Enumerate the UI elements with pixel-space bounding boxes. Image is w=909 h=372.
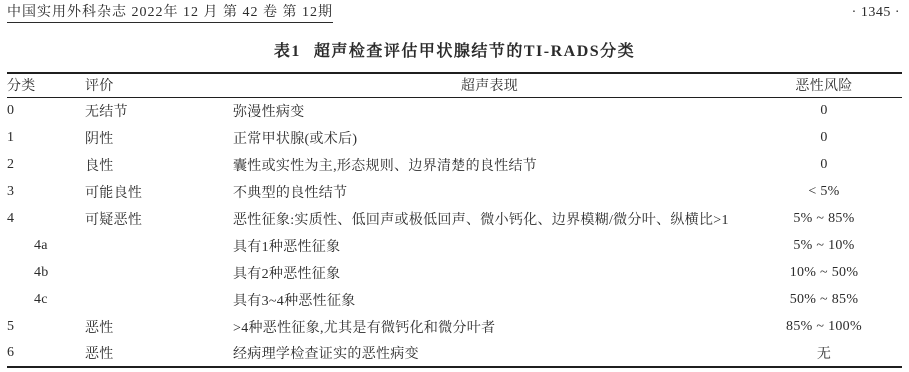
page-header: 中国实用外科杂志 2022年 12 月 第 42 卷 第 12期 · 1345 …	[0, 0, 909, 23]
table-row: 4a 具有1种恶性征象 5% ~ 10%	[7, 232, 902, 259]
tirads-table: 分类 评价 超声表现 恶性风险 0 无结节 弥漫性病变 0 1 阴性 正常甲状腺…	[7, 72, 902, 368]
category-cell: 4a	[7, 232, 85, 259]
ultrasound-cell: 经病理学检查证实的恶性病变	[233, 340, 746, 367]
category-cell: 5	[7, 313, 85, 340]
journal-name: 中国实用外科杂志 2022年 12 月 第 42 卷 第 12期	[7, 4, 333, 23]
ultrasound-cell: 正常甲状腺(或术后)	[233, 124, 746, 151]
evaluation-cell	[85, 259, 233, 286]
table-label: 表1	[274, 43, 301, 60]
evaluation-cell: 良性	[85, 151, 233, 178]
ultrasound-cell: 囊性或实性为主,形态规则、边界清楚的良性结节	[233, 151, 746, 178]
ultrasound-cell: 弥漫性病变	[233, 97, 746, 124]
evaluation-cell: 可能良性	[85, 178, 233, 205]
table-row: 1 阴性 正常甲状腺(或术后) 0	[7, 124, 902, 151]
header-row: 分类 评价 超声表现 恶性风险	[7, 73, 902, 97]
category-cell: 6	[7, 340, 85, 367]
table-row: 2 良性 囊性或实性为主,形态规则、边界清楚的良性结节 0	[7, 151, 902, 178]
ultrasound-cell: 恶性征象:实质性、低回声或极低回声、微小钙化、边界模糊/微分叶、纵横比>1	[233, 205, 746, 232]
table-row: 4c 具有3~4种恶性征象 50% ~ 85%	[7, 286, 902, 313]
risk-cell: 50% ~ 85%	[746, 286, 902, 313]
risk-cell: 0	[746, 97, 902, 124]
category-cell: 4	[7, 205, 85, 232]
ultrasound-cell: 不典型的良性结节	[233, 178, 746, 205]
table-row: 0 无结节 弥漫性病变 0	[7, 97, 902, 124]
evaluation-cell: 无结节	[85, 97, 233, 124]
ultrasound-cell: >4种恶性征象,尤其是有微钙化和微分叶者	[233, 313, 746, 340]
risk-cell: 5% ~ 85%	[746, 205, 902, 232]
table-row: 4 可疑恶性 恶性征象:实质性、低回声或极低回声、微小钙化、边界模糊/微分叶、纵…	[7, 205, 902, 232]
category-cell: 2	[7, 151, 85, 178]
evaluation-cell: 阴性	[85, 124, 233, 151]
category-cell: 1	[7, 124, 85, 151]
risk-cell: 85% ~ 100%	[746, 313, 902, 340]
evaluation-cell: 恶性	[85, 313, 233, 340]
ultrasound-cell: 具有2种恶性征象	[233, 259, 746, 286]
table-title-text: 超声检查评估甲状腺结节的TI-RADS分类	[314, 43, 635, 60]
risk-cell: 5% ~ 10%	[746, 232, 902, 259]
category-cell: 0	[7, 97, 85, 124]
risk-cell: 0	[746, 151, 902, 178]
category-cell: 4c	[7, 286, 85, 313]
table-title: 表1超声检查评估甲状腺结节的TI-RADS分类	[0, 42, 909, 61]
evaluation-cell: 可疑恶性	[85, 205, 233, 232]
table-row: 5 恶性 >4种恶性征象,尤其是有微钙化和微分叶者 85% ~ 100%	[7, 313, 902, 340]
table-row: 4b 具有2种恶性征象 10% ~ 50%	[7, 259, 902, 286]
column-header-risk: 恶性风险	[746, 73, 902, 97]
evaluation-cell	[85, 232, 233, 259]
column-header-category: 分类	[7, 73, 85, 97]
category-cell: 3	[7, 178, 85, 205]
ultrasound-cell: 具有3~4种恶性征象	[233, 286, 746, 313]
evaluation-cell	[85, 286, 233, 313]
risk-cell: 0	[746, 124, 902, 151]
table-body: 0 无结节 弥漫性病变 0 1 阴性 正常甲状腺(或术后) 0 2 良性 囊性或…	[7, 97, 902, 367]
risk-cell: 无	[746, 340, 902, 367]
table-header: 分类 评价 超声表现 恶性风险	[7, 73, 902, 97]
ultrasound-cell: 具有1种恶性征象	[233, 232, 746, 259]
risk-cell: < 5%	[746, 178, 902, 205]
column-header-evaluation: 评价	[85, 73, 233, 97]
table-row: 3 可能良性 不典型的良性结节 < 5%	[7, 178, 902, 205]
risk-cell: 10% ~ 50%	[746, 259, 902, 286]
page-number: · 1345 ·	[852, 4, 902, 21]
category-cell: 4b	[7, 259, 85, 286]
table-row: 6 恶性 经病理学检查证实的恶性病变 无	[7, 340, 902, 367]
evaluation-cell: 恶性	[85, 340, 233, 367]
column-header-ultrasound: 超声表现	[233, 73, 746, 97]
